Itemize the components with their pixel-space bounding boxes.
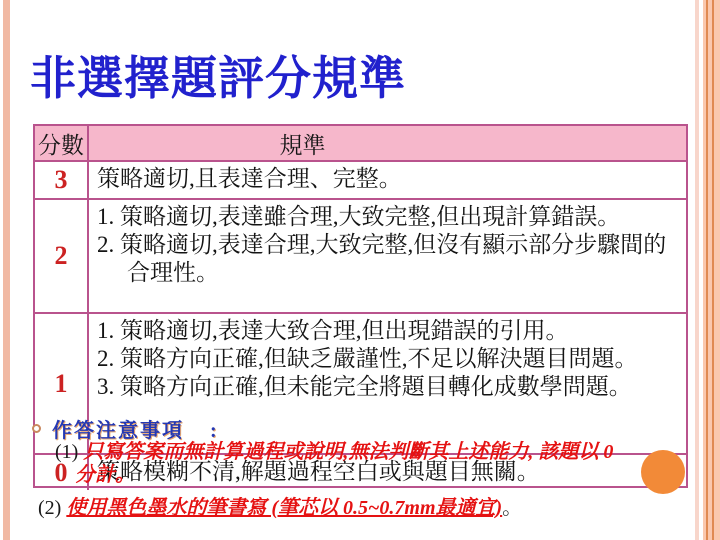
criteria-text: 2. 策略方向正確,但缺乏嚴謹性,不足以解決題目問題。 <box>97 345 680 373</box>
score-cell-3: 3 <box>35 160 87 198</box>
note-2-text: 使用黑色墨水的筆書寫 (筆芯以 0.5~0.7mm最適宜) <box>66 497 502 519</box>
presentation-slide: 非選擇題評分規準 分數 規準 3 策略適切,且表達合理、完整。 2 1. 策略適… <box>0 0 720 540</box>
score-cell-1: 1 <box>35 312 87 453</box>
score-cell-2: 2 <box>35 198 87 312</box>
criteria-text: 3. 策略方向正確,但未能完全將題目轉化成數學問題。 <box>97 373 680 401</box>
criteria-cell-0: 策略模糊不清,解題過程空白或與題目無關。 <box>87 453 686 490</box>
table-header-criteria: 規準 <box>87 126 686 160</box>
score-cell-0: 0 <box>35 453 87 490</box>
criteria-cell-3: 策略適切,且表達合理、完整。 <box>87 160 686 198</box>
note-item-2: (2) 使用黑色墨水的筆書寫 (筆芯以 0.5~0.7mm最適宜)。 <box>38 497 522 520</box>
criteria-text: 策略模糊不清,解題過程空白或與題目無關。 <box>97 458 680 486</box>
criteria-text: 1. 策略適切,表達雖合理,大致完整,但出現計算錯誤。 <box>97 203 680 231</box>
criteria-text: 策略適切,且表達合理、完整。 <box>97 165 680 193</box>
scoring-rubric-table: 分數 規準 3 策略適切,且表達合理、完整。 2 1. 策略適切,表達雖合理,大… <box>33 124 688 488</box>
slide-title: 非選擇題評分規準 <box>30 42 406 108</box>
criteria-cell-1: 1. 策略適切,表達大致合理,但出現錯誤的引用。 2. 策略方向正確,但缺乏嚴謹… <box>87 312 686 453</box>
note-2-suffix: 。 <box>502 497 522 519</box>
note-2-prefix: (2) <box>38 497 66 519</box>
table-header-score: 分數 <box>35 126 87 160</box>
frame-stripe-left <box>3 0 10 540</box>
frame-stripe-right <box>714 0 720 540</box>
criteria-cell-2: 1. 策略適切,表達雖合理,大致完整,但出現計算錯誤。 2. 策略適切,表達合理… <box>87 198 686 312</box>
criteria-text: 2. 策略適切,表達合理,大致完整,但沒有顯示部分步驟間的合理性。 <box>97 231 680 287</box>
orange-circle-decoration <box>641 450 685 494</box>
criteria-text: 1. 策略適切,表達大致合理,但出現錯誤的引用。 <box>97 317 680 345</box>
